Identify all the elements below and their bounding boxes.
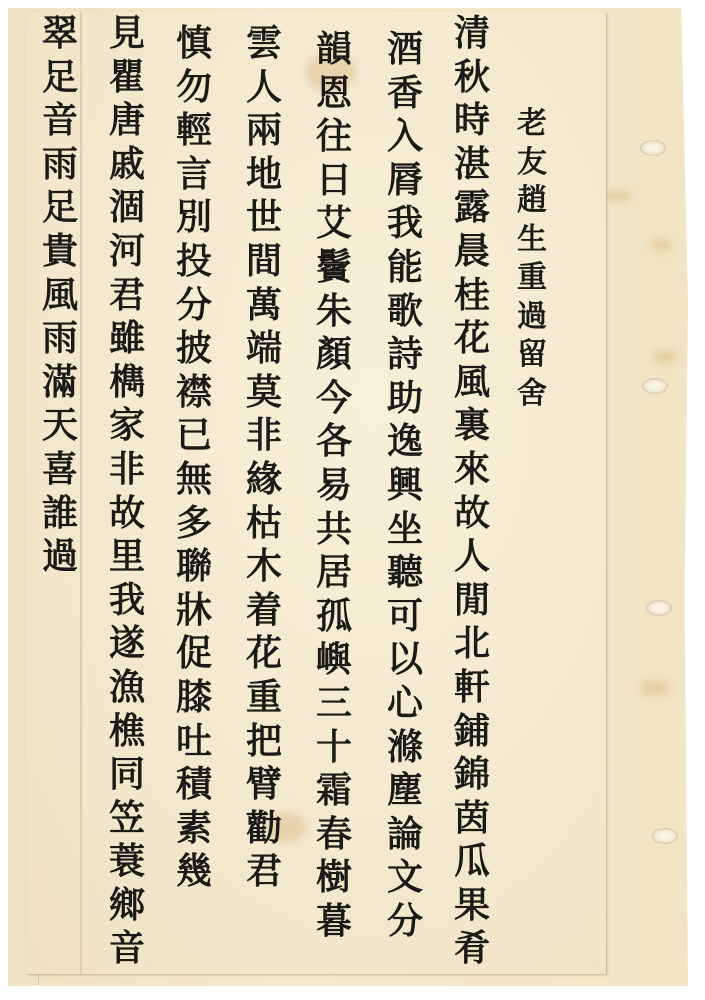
poem-char: 見 — [105, 12, 149, 56]
poem-char: 湛 — [450, 143, 494, 187]
paper-stain — [650, 238, 672, 252]
poem-char: 雨 — [38, 143, 82, 187]
poem-char: 過 — [38, 535, 82, 579]
poem-char: 勸 — [242, 807, 286, 851]
poem-char: 木 — [242, 545, 286, 589]
title-char: 友 — [513, 144, 551, 183]
poem-char: 兩 — [242, 109, 286, 153]
poem-char: 裏 — [450, 404, 494, 448]
poem-char: 天 — [38, 404, 82, 448]
poem-title: 老 友 趙 生 重 過 留 舍 — [513, 105, 551, 413]
poem-char: 翠 — [38, 12, 82, 56]
poem-char: 桂 — [450, 274, 494, 318]
poem-char: 足 — [38, 56, 82, 100]
poem-char: 鋪 — [450, 710, 494, 754]
poem-char: 我 — [105, 579, 149, 623]
poem-char: 輕 — [172, 109, 216, 153]
poem-char: 時 — [450, 99, 494, 143]
poem-char: 蓑 — [105, 840, 149, 884]
poem-char: 牀 — [172, 589, 216, 633]
poem-char: 河 — [105, 230, 149, 274]
poem-char: 暮 — [312, 900, 356, 944]
poem-char: 脣 — [383, 159, 427, 203]
paper-stain — [640, 680, 670, 696]
poem-char: 今 — [312, 377, 356, 421]
poem-char: 來 — [450, 448, 494, 492]
poem-char: 三 — [312, 682, 356, 726]
poem-char: 笠 — [105, 797, 149, 841]
poem-char: 同 — [105, 753, 149, 797]
poem-char: 戚 — [105, 143, 149, 187]
poem-char: 錦 — [450, 753, 494, 797]
poem-char: 人 — [242, 66, 286, 110]
poem-char: 瞿 — [105, 56, 149, 100]
poem-char: 坐 — [383, 508, 427, 552]
poem-char: 非 — [105, 448, 149, 492]
poem-char: 雖 — [105, 317, 149, 361]
poem-char: 襟 — [172, 371, 216, 415]
poem-char: 清 — [450, 12, 494, 56]
poem-char: 閒 — [450, 579, 494, 623]
poem-char: 已 — [172, 414, 216, 458]
poem-char: 朱 — [312, 290, 356, 334]
poem-char: 故 — [450, 492, 494, 536]
poem-char: 喜 — [38, 448, 82, 492]
title-char: 重 — [513, 259, 551, 298]
poem-char: 聽 — [383, 551, 427, 595]
title-char: 舍 — [513, 375, 551, 414]
poem-char: 文 — [383, 856, 427, 900]
poem-char: 世 — [242, 196, 286, 240]
poem-char: 重 — [242, 676, 286, 720]
poem-char: 孤 — [312, 595, 356, 639]
poem-char: 分 — [383, 900, 427, 944]
paper-stain — [604, 190, 632, 202]
poem-char: 助 — [383, 377, 427, 421]
poem-char: 分 — [172, 284, 216, 328]
poem-char: 素 — [172, 807, 216, 851]
title-char: 老 — [513, 105, 551, 144]
poem-char: 聯 — [172, 545, 216, 589]
poem-column-4: 雲人兩地世間萬端莫非緣枯木着花重把臂勸君 — [242, 22, 286, 894]
poem-char: 緣 — [242, 458, 286, 502]
poem-char: 膝 — [172, 676, 216, 720]
poem-char: 促 — [172, 632, 216, 676]
poem-char: 勿 — [172, 66, 216, 110]
poem-char: 萬 — [242, 284, 286, 328]
poem-char: 可 — [383, 595, 427, 639]
poem-char: 君 — [105, 274, 149, 318]
poem-char: 茵 — [450, 797, 494, 841]
poem-char: 君 — [242, 850, 286, 894]
poem-char: 秋 — [450, 56, 494, 100]
poem-char: 貴 — [38, 230, 82, 274]
poem-char: 家 — [105, 404, 149, 448]
title-char: 過 — [513, 298, 551, 337]
poem-char: 雨 — [38, 317, 82, 361]
poem-char: 往 — [312, 115, 356, 159]
poem-char: 春 — [312, 813, 356, 857]
poem-char: 臂 — [242, 763, 286, 807]
poem-char: 香 — [383, 72, 427, 116]
poem-char: 霜 — [312, 769, 356, 813]
title-char: 生 — [513, 221, 551, 260]
poem-char: 雲 — [242, 22, 286, 66]
poem-char: 別 — [172, 196, 216, 240]
poem-char: 故 — [105, 492, 149, 536]
poem-column-5: 慎勿輕言別投分披襟已無多聯牀促膝吐積素幾 — [172, 22, 216, 894]
poem-char: 非 — [242, 414, 286, 458]
poem-char: 興 — [383, 464, 427, 508]
poem-char: 人 — [450, 535, 494, 579]
poem-char: 以 — [383, 638, 427, 682]
poem-char: 十 — [312, 726, 356, 770]
poem-char: 顏 — [312, 333, 356, 377]
poem-char: 我 — [383, 202, 427, 246]
poem-char: 恩 — [312, 72, 356, 116]
poem-char: 居 — [312, 551, 356, 595]
poem-char: 滌 — [383, 726, 427, 770]
poem-char: 鬢 — [312, 246, 356, 290]
poem-char: 入 — [383, 115, 427, 159]
poem-char: 幾 — [172, 850, 216, 894]
poem-char: 積 — [172, 763, 216, 807]
poem-char: 逸 — [383, 420, 427, 464]
poem-char: 花 — [242, 632, 286, 676]
poem-char: 里 — [105, 535, 149, 579]
poem-char: 艾 — [312, 202, 356, 246]
poem-char: 慎 — [172, 22, 216, 66]
poem-char: 鄉 — [105, 884, 149, 928]
poem-char: 日 — [312, 159, 356, 203]
poem-char: 心 — [383, 682, 427, 726]
poem-char: 樵 — [105, 710, 149, 754]
poem-char: 瓜 — [450, 840, 494, 884]
document-scan: 老 友 趙 生 重 過 留 舍 清秋時湛露晨桂花風裏來故人閒北軒鋪錦茵瓜果肴 酒… — [0, 0, 705, 1000]
punch-hole-icon — [642, 378, 668, 394]
poem-char: 肴 — [450, 927, 494, 971]
poem-column-6: 見瞿唐戚涸河君雖檇家非故里我遂漁樵同笠蓑鄉音 — [105, 12, 149, 971]
poem-char: 論 — [383, 813, 427, 857]
poem-char: 足 — [38, 186, 82, 230]
poem-char: 誰 — [38, 492, 82, 536]
poem-char: 滿 — [38, 361, 82, 405]
poem-char: 遂 — [105, 622, 149, 666]
poem-char: 易 — [312, 464, 356, 508]
poem-char: 塵 — [383, 769, 427, 813]
punch-hole-icon — [652, 828, 678, 844]
poem-char: 莫 — [242, 371, 286, 415]
poem-column-3: 韻恩往日艾鬢朱顏今各易共居孤嶼三十霜春樹暮 — [312, 28, 356, 943]
poem-char: 花 — [450, 317, 494, 361]
poem-char: 着 — [242, 589, 286, 633]
poem-char: 風 — [38, 274, 82, 318]
poem-column-1: 清秋時湛露晨桂花風裏來故人閒北軒鋪錦茵瓜果肴 — [450, 12, 494, 971]
poem-char: 間 — [242, 240, 286, 284]
poem-char: 多 — [172, 502, 216, 546]
poem-char: 漁 — [105, 666, 149, 710]
poem-char: 言 — [172, 153, 216, 197]
poem-char: 無 — [172, 458, 216, 502]
poem-column-7: 翠足音雨足貴風雨滿天喜誰過 — [38, 12, 82, 579]
poem-char: 共 — [312, 508, 356, 552]
title-char: 留 — [513, 336, 551, 375]
poem-char: 果 — [450, 884, 494, 928]
poem-char: 把 — [242, 720, 286, 764]
poem-char: 各 — [312, 420, 356, 464]
poem-char: 晨 — [450, 230, 494, 274]
poem-char: 涸 — [105, 186, 149, 230]
poem-char: 吐 — [172, 720, 216, 764]
poem-char: 唐 — [105, 99, 149, 143]
poem-char: 地 — [242, 153, 286, 197]
poem-char: 披 — [172, 327, 216, 371]
title-char: 趙 — [513, 182, 551, 221]
poem-char: 樹 — [312, 856, 356, 900]
poem-char: 軒 — [450, 666, 494, 710]
punch-hole-icon — [646, 600, 672, 616]
poem-column-2: 酒香入脣我能歌詩助逸興坐聽可以心滌塵論文分 — [383, 28, 427, 943]
poem-char: 端 — [242, 327, 286, 371]
poem-char: 投 — [172, 240, 216, 284]
poem-char: 韻 — [312, 28, 356, 72]
poem-char: 檇 — [105, 361, 149, 405]
poem-char: 北 — [450, 622, 494, 666]
poem-char: 詩 — [383, 333, 427, 377]
punch-hole-icon — [640, 140, 666, 156]
poem-char: 音 — [38, 99, 82, 143]
poem-char: 露 — [450, 186, 494, 230]
poem-char: 枯 — [242, 502, 286, 546]
poem-char: 嶼 — [312, 638, 356, 682]
poem-char: 歌 — [383, 290, 427, 334]
poem-char: 風 — [450, 361, 494, 405]
paper-stain — [652, 350, 678, 364]
poem-char: 能 — [383, 246, 427, 290]
poem-char: 酒 — [383, 28, 427, 72]
poem-char: 音 — [105, 927, 149, 971]
